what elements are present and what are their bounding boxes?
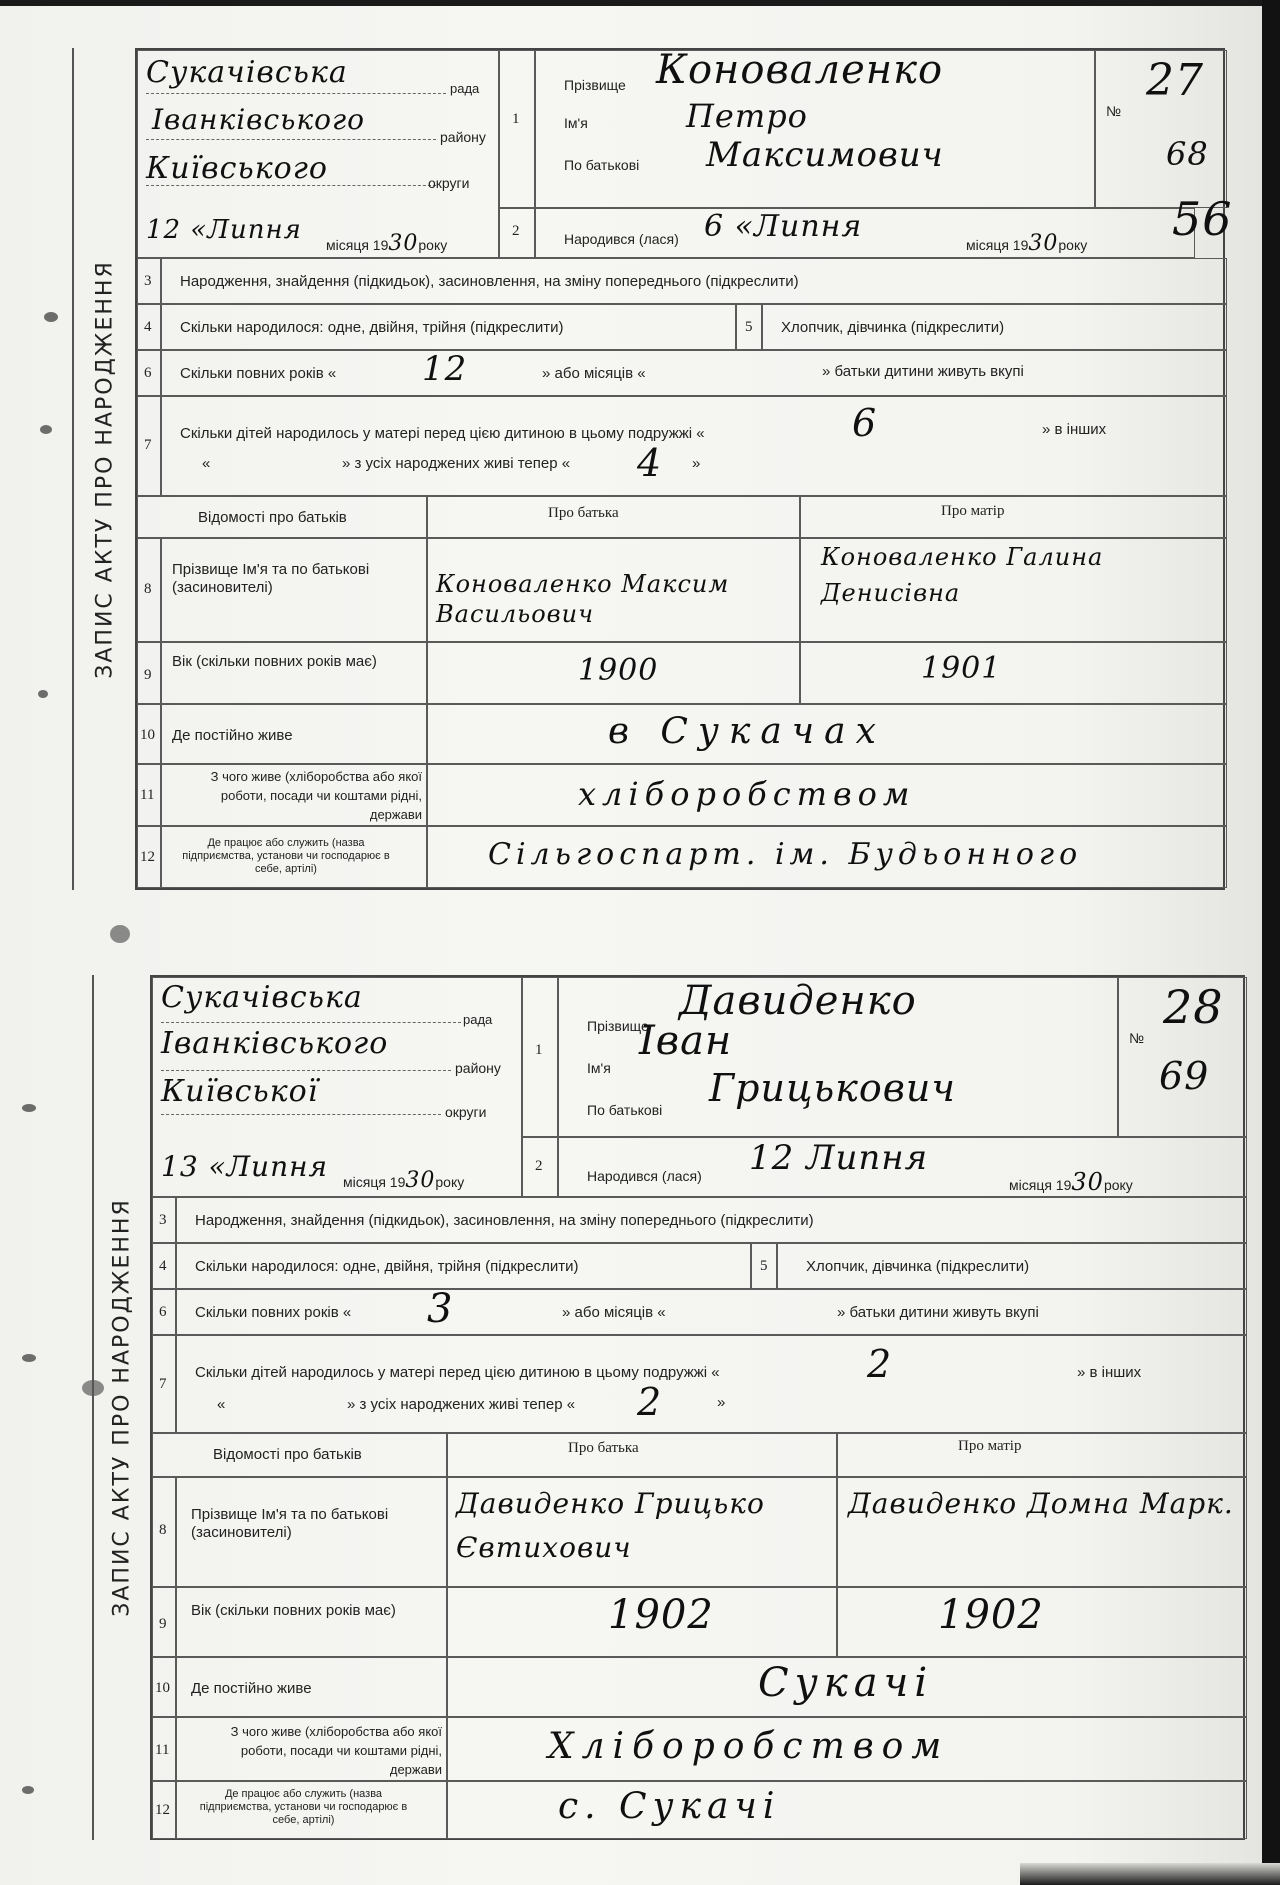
vertical-title: ЗАПИС АКТУ ПРО НАРОДЖЕННЯ [80, 48, 130, 890]
quote-label: « [217, 1396, 225, 1413]
mother-name-cell: Коноваленко Галина Денисівна [800, 538, 1227, 642]
age-label-cell: Вік (скільки повних років має) [176, 1587, 447, 1657]
mother-header: Про матір [941, 503, 1004, 520]
child-patronymic-value: Максимович [706, 135, 944, 175]
record-number-block: № 28 69 [1118, 977, 1247, 1137]
mother-age-cell: 1902 [837, 1587, 1247, 1657]
livelihood-label-cell: З чого живе (хліборобства або якої робот… [176, 1717, 447, 1781]
margin-note: 56 [1172, 192, 1233, 246]
number-sign-label: № [1106, 103, 1121, 119]
rayonu-label: району [440, 129, 486, 145]
reg-day-value: 12 «Липня [146, 215, 302, 245]
num-cell: 10 [137, 704, 161, 764]
row-number: 6 [144, 365, 152, 382]
row-number: 7 [159, 1376, 167, 1393]
district-value: Іванківського [152, 103, 365, 136]
residence-label: Де постійно живе [172, 727, 293, 744]
livelihood-value: хліборобством [578, 775, 915, 813]
father-header: Про батька [548, 505, 619, 522]
row-number: 1 [512, 111, 520, 128]
child-name-value: Петро [686, 97, 808, 135]
parents-header-cell: Відомості про батьків [137, 496, 427, 538]
birth-year-label: місяця 1930року [1009, 1168, 1133, 1196]
mother-header: Про матір [958, 1438, 1021, 1455]
council-value: Сукачівська [146, 55, 348, 90]
father-header-cell: Про батька [447, 1433, 837, 1477]
birth-date-block: Народився (лася) 6 «Липня місяця 1930рок… [535, 208, 1195, 258]
parents-together-label: » батьки дитини живуть вкупі [837, 1304, 1039, 1321]
names-label-cell: Прізвище Ім'я та по батькові (засиновите… [161, 538, 427, 642]
council-value: Сукачівська [161, 980, 363, 1015]
child-name-block: Прізвище Давиденко Ім'я Іван По батькові… [558, 977, 1118, 1137]
record-number-value: 28 [1163, 980, 1224, 1034]
num-cell: 4 [152, 1243, 176, 1289]
workplace-label-cell: Де працює або служить (назва підприємств… [176, 1781, 447, 1839]
child-patronymic-value: Грицькович [709, 1066, 956, 1110]
num-cell: 2 [522, 1137, 558, 1197]
names-label-cell: Прізвище Ім'я та по батькові (засиновите… [176, 1477, 447, 1587]
name-label: Ім'я [564, 115, 588, 131]
livelihood-cell: хліборобством [427, 764, 1227, 826]
residence-label-cell: Де постійно живе [161, 704, 427, 764]
row-number: 9 [159, 1616, 167, 1633]
underline [146, 139, 436, 140]
row-number: 10 [155, 1680, 170, 1697]
rada-label: рада [450, 81, 479, 96]
record-number-block: № 27 68 [1095, 50, 1227, 208]
father-name-value: Давиденко Грицько Євтихович [456, 1482, 836, 1570]
workplace-cell: Сільгоспарт. ім. Будьонного [427, 826, 1227, 888]
names-label: Прізвище Ім'я та по батькові (засиновите… [191, 1506, 391, 1542]
reg-day-value: 13 «Липня [161, 1150, 328, 1183]
multiplicity-label: Скільки народилося: одне, двійня, трійня… [195, 1258, 578, 1275]
birth-date-value: 12 Липня [749, 1138, 928, 1178]
stain-mark [110, 925, 130, 943]
mother-age-cell: 1901 [800, 642, 1227, 704]
years-together-row: Скільки повних років « 3 » або місяців «… [176, 1289, 1247, 1335]
parents-header-cell: Відомості про батьків [152, 1433, 447, 1477]
num-cell: 7 [137, 396, 161, 496]
children-count-row: Скільки дітей народилось у матері перед … [176, 1335, 1247, 1433]
father-name-cell: Коноваленко Максим Васильович [427, 538, 800, 642]
row-number: 11 [155, 1742, 169, 1759]
years-together-row: Скільки повних років « 12 » або місяців … [161, 350, 1227, 396]
registry-office-block: Сукачівська рада Іванківського району Ки… [152, 977, 522, 1197]
born-label: Народився (лася) [587, 1168, 702, 1184]
birth-type-row: Народження, знайдення (підкидьок), засин… [161, 258, 1227, 304]
sidebar-border [72, 48, 74, 890]
residence-value: Сукачі [758, 1660, 933, 1706]
row-number: 11 [140, 787, 154, 804]
months-label: » або місяців « [542, 365, 646, 382]
num-cell: 11 [137, 764, 161, 826]
quote-label: » [717, 1394, 725, 1411]
other-marriages-label: » в інших [1077, 1364, 1141, 1381]
registry-office-block: Сукачівська рада Іванківського району Ки… [137, 50, 499, 258]
birth-year-label: місяця 1930року [966, 231, 1087, 256]
num-cell: 3 [137, 258, 161, 304]
mother-age-value: 1902 [938, 1592, 1044, 1638]
num-cell: 6 [152, 1289, 176, 1335]
livelihood-value: Хліборобством [548, 1726, 949, 1767]
row-number: 6 [159, 1304, 167, 1321]
scan-top-edge [0, 0, 1280, 6]
residence-label-cell: Де постійно живе [176, 1657, 447, 1717]
years-together-value: 3 [427, 1286, 453, 1332]
stain-mark [22, 1786, 34, 1794]
children-before-label: Скільки дітей народилось у матері перед … [180, 425, 705, 442]
child-name-block: Прізвище Коноваленко Ім'я Петро По батьк… [535, 50, 1095, 208]
stain-mark [40, 425, 52, 434]
names-label: Прізвище Ім'я та по батькові (засиновите… [172, 561, 372, 597]
okruhy-label: округи [445, 1104, 486, 1120]
birth-type-label: Народження, знайдення (підкидьок), засин… [180, 273, 799, 290]
num-cell: 9 [137, 642, 161, 704]
father-age-value: 1900 [578, 653, 658, 688]
children-before-value: 2 [867, 1342, 892, 1386]
multiplicity-label: Скільки народилося: одне, двійня, трійня… [180, 319, 563, 336]
num-cell: 4 [137, 304, 161, 350]
quote-label: « [202, 455, 210, 472]
other-marriages-label: » в інших [1042, 421, 1106, 438]
num-cell: 6 [137, 350, 161, 396]
livelihood-label: З чого живе (хліборобства або якої робот… [172, 767, 422, 824]
record-form: Сукачівська рада Іванківського району Ки… [150, 975, 1245, 1840]
row-number: 3 [144, 273, 152, 290]
father-header-cell: Про батька [427, 496, 800, 538]
row-number: 5 [760, 1258, 768, 1275]
residence-label: Де постійно живе [191, 1680, 312, 1697]
num-cell: 10 [152, 1657, 176, 1717]
scan-bottom-shadow [1020, 1863, 1280, 1885]
mother-name-cell: Давиденко Домна Марк. [837, 1477, 1247, 1587]
record-number-sub-value: 69 [1159, 1054, 1209, 1098]
children-alive-value: 4 [637, 441, 662, 485]
born-label: Народився (лася) [564, 231, 679, 247]
father-age-cell: 1900 [427, 642, 800, 704]
num-cell: 8 [152, 1477, 176, 1587]
child-name-value: Іван [639, 1018, 732, 1064]
residence-value: в Сукачах [608, 711, 886, 752]
num-cell: 7 [152, 1335, 176, 1433]
years-together-value: 12 [422, 349, 467, 389]
alive-label: » з усіх народжених живі тепер « [347, 1396, 575, 1413]
row-number: 2 [512, 223, 520, 240]
num-cell: 12 [137, 826, 161, 888]
rada-label: рада [463, 1012, 492, 1027]
reg-year-label: місяця 1930року [326, 231, 447, 256]
father-name-value: Коноваленко Максим Васильович [436, 569, 796, 629]
age-label: Вік (скільки повних років має) [191, 1602, 431, 1620]
livelihood-cell: Хліборобством [447, 1717, 1247, 1781]
years-label: Скільки повних років « [195, 1304, 351, 1321]
father-age-value: 1902 [608, 1592, 714, 1638]
sex-label: Хлопчик, дівчинка (підкреслити) [806, 1258, 1029, 1275]
sidebar-border [92, 975, 94, 1840]
patronymic-label: По батькові [587, 1102, 662, 1118]
parents-together-label: » батьки дитини живуть вкупі [822, 363, 1024, 380]
row-number: 5 [745, 319, 753, 336]
okruha-value: Київської [161, 1074, 318, 1109]
num-cell: 1 [499, 50, 535, 208]
vertical-title: ЗАПИС АКТУ ПРО НАРОДЖЕННЯ [97, 975, 147, 1840]
mother-name-value: Коноваленко Галина Денисівна [821, 539, 1221, 611]
birth-date-value: 6 «Липня [704, 209, 862, 244]
parents-header: Відомості про батьків [213, 1446, 362, 1463]
child-surname-value: Коноваленко [656, 47, 943, 93]
sex-row: Хлопчик, дівчинка (підкреслити) [777, 1243, 1247, 1289]
row-number: 4 [159, 1258, 167, 1275]
row-number: 2 [535, 1158, 543, 1175]
months-label: » або місяців « [562, 1304, 666, 1321]
number-sign-label: № [1129, 1030, 1144, 1046]
birth-type-row: Народження, знайдення (підкидьок), засин… [176, 1197, 1247, 1243]
num-cell: 5 [751, 1243, 777, 1289]
stain-mark [38, 690, 48, 698]
district-value: Іванківського [161, 1026, 388, 1061]
stain-mark [44, 312, 58, 322]
workplace-label-cell: Де працює або служить (назва підприємств… [161, 826, 427, 888]
underline [146, 93, 446, 94]
reg-year-label: місяця 1930року [343, 1168, 464, 1193]
row-number: 7 [144, 437, 152, 454]
row-number: 3 [159, 1212, 167, 1229]
workplace-cell: с. Сукачі [447, 1781, 1247, 1839]
mother-header-cell: Про матір [837, 1433, 1247, 1477]
okruha-value: Київського [146, 151, 328, 186]
num-cell: 8 [137, 538, 161, 642]
age-label-cell: Вік (скільки повних років має) [161, 642, 427, 704]
children-before-label: Скільки дітей народилось у матері перед … [195, 1364, 720, 1381]
okruhy-label: округи [428, 175, 469, 191]
workplace-value: с. Сукачі [558, 1786, 780, 1827]
row-number: 9 [144, 667, 152, 684]
sex-label: Хлопчик, дівчинка (підкреслити) [781, 319, 1004, 336]
stain-mark [22, 1354, 36, 1362]
livelihood-label: З чого живе (хліборобства або якої робот… [187, 1722, 442, 1779]
underline [161, 1070, 451, 1071]
rayonu-label: району [455, 1060, 501, 1076]
num-cell: 9 [152, 1587, 176, 1657]
num-cell: 1 [522, 977, 558, 1137]
father-age-cell: 1902 [447, 1587, 837, 1657]
residence-cell: Сукачі [447, 1657, 1247, 1717]
row-number: 4 [144, 319, 152, 336]
father-name-cell: Давиденко Грицько Євтихович [447, 1477, 837, 1587]
parents-header: Відомості про батьків [198, 509, 347, 526]
num-cell: 5 [736, 304, 762, 350]
row-number: 12 [155, 1802, 170, 1819]
father-header: Про батька [568, 1440, 639, 1457]
mother-age-value: 1901 [921, 651, 1001, 686]
num-cell: 11 [152, 1717, 176, 1781]
sex-row: Хлопчик, дівчинка (підкреслити) [762, 304, 1227, 350]
quote-label: » [692, 455, 700, 472]
row-number: 12 [140, 849, 155, 866]
residence-cell: в Сукачах [427, 704, 1227, 764]
underline [161, 1114, 441, 1115]
name-label: Ім'я [587, 1060, 611, 1076]
record-number-value: 27 [1146, 55, 1204, 106]
num-cell: 3 [152, 1197, 176, 1243]
patronymic-label: По батькові [564, 157, 639, 173]
stain-mark [22, 1104, 36, 1112]
workplace-value: Сільгоспарт. ім. Будьонного [488, 837, 1082, 872]
birth-date-block: Народився (лася) 12 Липня місяця 1930рок… [558, 1137, 1247, 1197]
workplace-label: Де працює або служить (назва підприємств… [176, 837, 396, 876]
num-cell: 12 [152, 1781, 176, 1839]
underline [146, 185, 436, 186]
scan-right-edge [1262, 0, 1280, 1885]
multiplicity-row: Скільки народилося: одне, двійня, трійня… [161, 304, 736, 350]
children-count-row: Скільки дітей народилось у матері перед … [161, 396, 1227, 496]
mother-name-value: Давиденко Домна Марк. [848, 1482, 1238, 1526]
workplace-label: Де працює або служить (назва підприємств… [191, 1788, 416, 1827]
row-number: 1 [535, 1042, 543, 1059]
underline [161, 1022, 461, 1023]
row-number: 8 [144, 581, 152, 598]
num-cell: 2 [499, 208, 535, 258]
children-before-value: 6 [852, 401, 877, 445]
livelihood-label-cell: З чого живе (хліборобства або якої робот… [161, 764, 427, 826]
birth-type-label: Народження, знайдення (підкидьок), засин… [195, 1212, 814, 1229]
record-form: Сукачівська рада Іванківського району Ки… [135, 48, 1225, 890]
years-label: Скільки повних років « [180, 365, 336, 382]
alive-label: » з усіх народжених живі тепер « [342, 455, 570, 472]
row-number: 10 [140, 727, 155, 744]
row-number: 8 [159, 1522, 167, 1539]
multiplicity-row: Скільки народилося: одне, двійня, трійня… [176, 1243, 751, 1289]
mother-header-cell: Про матір [800, 496, 1227, 538]
surname-label: Прізвище [564, 77, 626, 93]
children-alive-value: 2 [637, 1380, 662, 1424]
record-number-sub-value: 68 [1166, 135, 1209, 173]
age-label: Вік (скільки повних років має) [172, 653, 412, 671]
